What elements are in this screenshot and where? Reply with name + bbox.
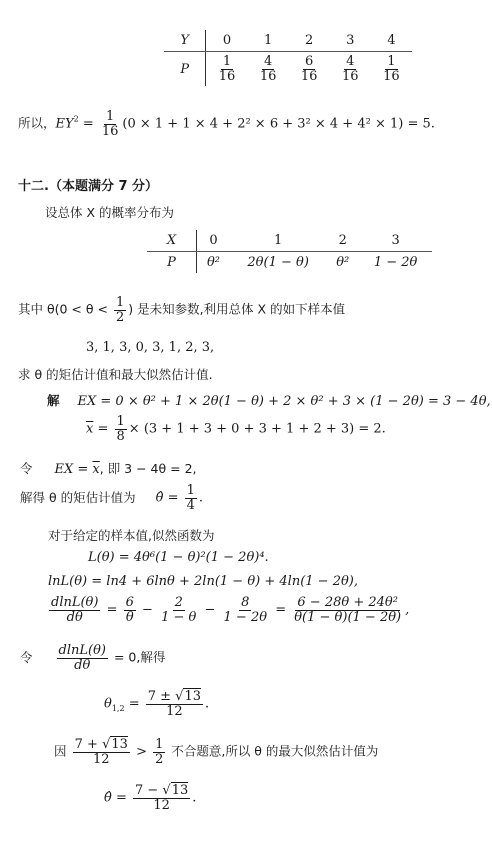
section-title: 十二.（本题满分 7 分） — [18, 175, 158, 194]
table-y-value: 3 — [330, 30, 371, 52]
table-x-prob: θ² — [326, 252, 359, 274]
table-y-prob: 616 — [289, 52, 330, 87]
derivative-equation: dlnL(θ)dθ = 6θ − 21 − θ − 81 − 2θ = 6 − … — [47, 596, 409, 624]
sample-mean-line: x = 18× (3 + 1 + 3 + 0 + 3 + 1 + 2 + 3) … — [86, 415, 386, 443]
solution-ex-line: 解EX = 0 × θ² + 1 × 2θ(1 − θ) + 2 × θ² + … — [47, 391, 491, 409]
table-y-prob: 416 — [248, 52, 289, 87]
moment-estimate: 解得 θ 的矩估计值为θ̂ = 14. — [20, 484, 203, 512]
table-y-value: 2 — [289, 30, 330, 52]
moment-equation: 令EX = x, 即 3 − 4θ = 2, — [20, 459, 197, 477]
table-x-prob: 2θ(1 − θ) — [230, 252, 326, 274]
log-likelihood: lnL(θ) = ln4 + 6lnθ + 2ln(1 − θ) + 4ln(1… — [48, 574, 358, 589]
table-x-value: 0 — [197, 230, 230, 252]
table-y-prob: 116 — [371, 52, 412, 87]
table-y-prob-label: P — [164, 52, 206, 87]
set-derivative-zero: 令dlnL(θ)dθ = 0,解得 — [20, 644, 165, 672]
distribution-table-y: Y 0 1 2 3 4 P 116 416 616 416 116 — [164, 30, 412, 86]
table-x-prob: θ² — [197, 252, 230, 274]
table-y-prob: 116 — [206, 52, 248, 87]
table-y-header-label: Y — [164, 30, 206, 52]
question-text: 求 θ 的矩估计值和最大似然估计值. — [18, 365, 213, 383]
table-x-value: 3 — [359, 230, 432, 252]
table-x-prob: 1 − 2θ — [359, 252, 432, 274]
roots-equation: θ1,2 = 7 ± √1312. — [104, 690, 209, 718]
parameter-statement: 其中 θ(0 < θ < 12) 是未知参数,利用总体 X 的如下样本值 — [18, 296, 345, 324]
ey2-equation: 所以，EY2 = 116(0 × 1 + 1 × 4 + 2² × 6 + 3²… — [18, 110, 435, 138]
mle-estimate: θ̂ = 7 − √1312. — [104, 784, 196, 812]
likelihood-intro: 对于给定的样本值,似然函数为 — [48, 526, 214, 544]
section-intro: 设总体 X 的概率分布为 — [45, 203, 174, 221]
table-x-value: 1 — [230, 230, 326, 252]
table-y-value: 4 — [371, 30, 412, 52]
sample-values: 3, 1, 3, 0, 3, 1, 2, 3, — [86, 340, 214, 355]
table-x-header-label: X — [147, 230, 197, 252]
distribution-table-x: X 0 1 2 3 P θ² 2θ(1 − θ) θ² 1 − 2θ — [147, 230, 432, 273]
table-x-prob-label: P — [147, 252, 197, 274]
likelihood-function: L(θ) = 4θ⁶(1 − θ)²(1 − 2θ)⁴. — [88, 550, 269, 565]
reject-root-statement: 因 7 + √1312 > 12 不合题意,所以 θ 的最大似然估计值为 — [54, 738, 378, 766]
table-x-value: 2 — [326, 230, 359, 252]
solution-label: 解 — [47, 393, 60, 408]
table-y-value: 1 — [248, 30, 289, 52]
table-y-value: 0 — [206, 30, 248, 52]
table-y-prob: 416 — [330, 52, 371, 87]
